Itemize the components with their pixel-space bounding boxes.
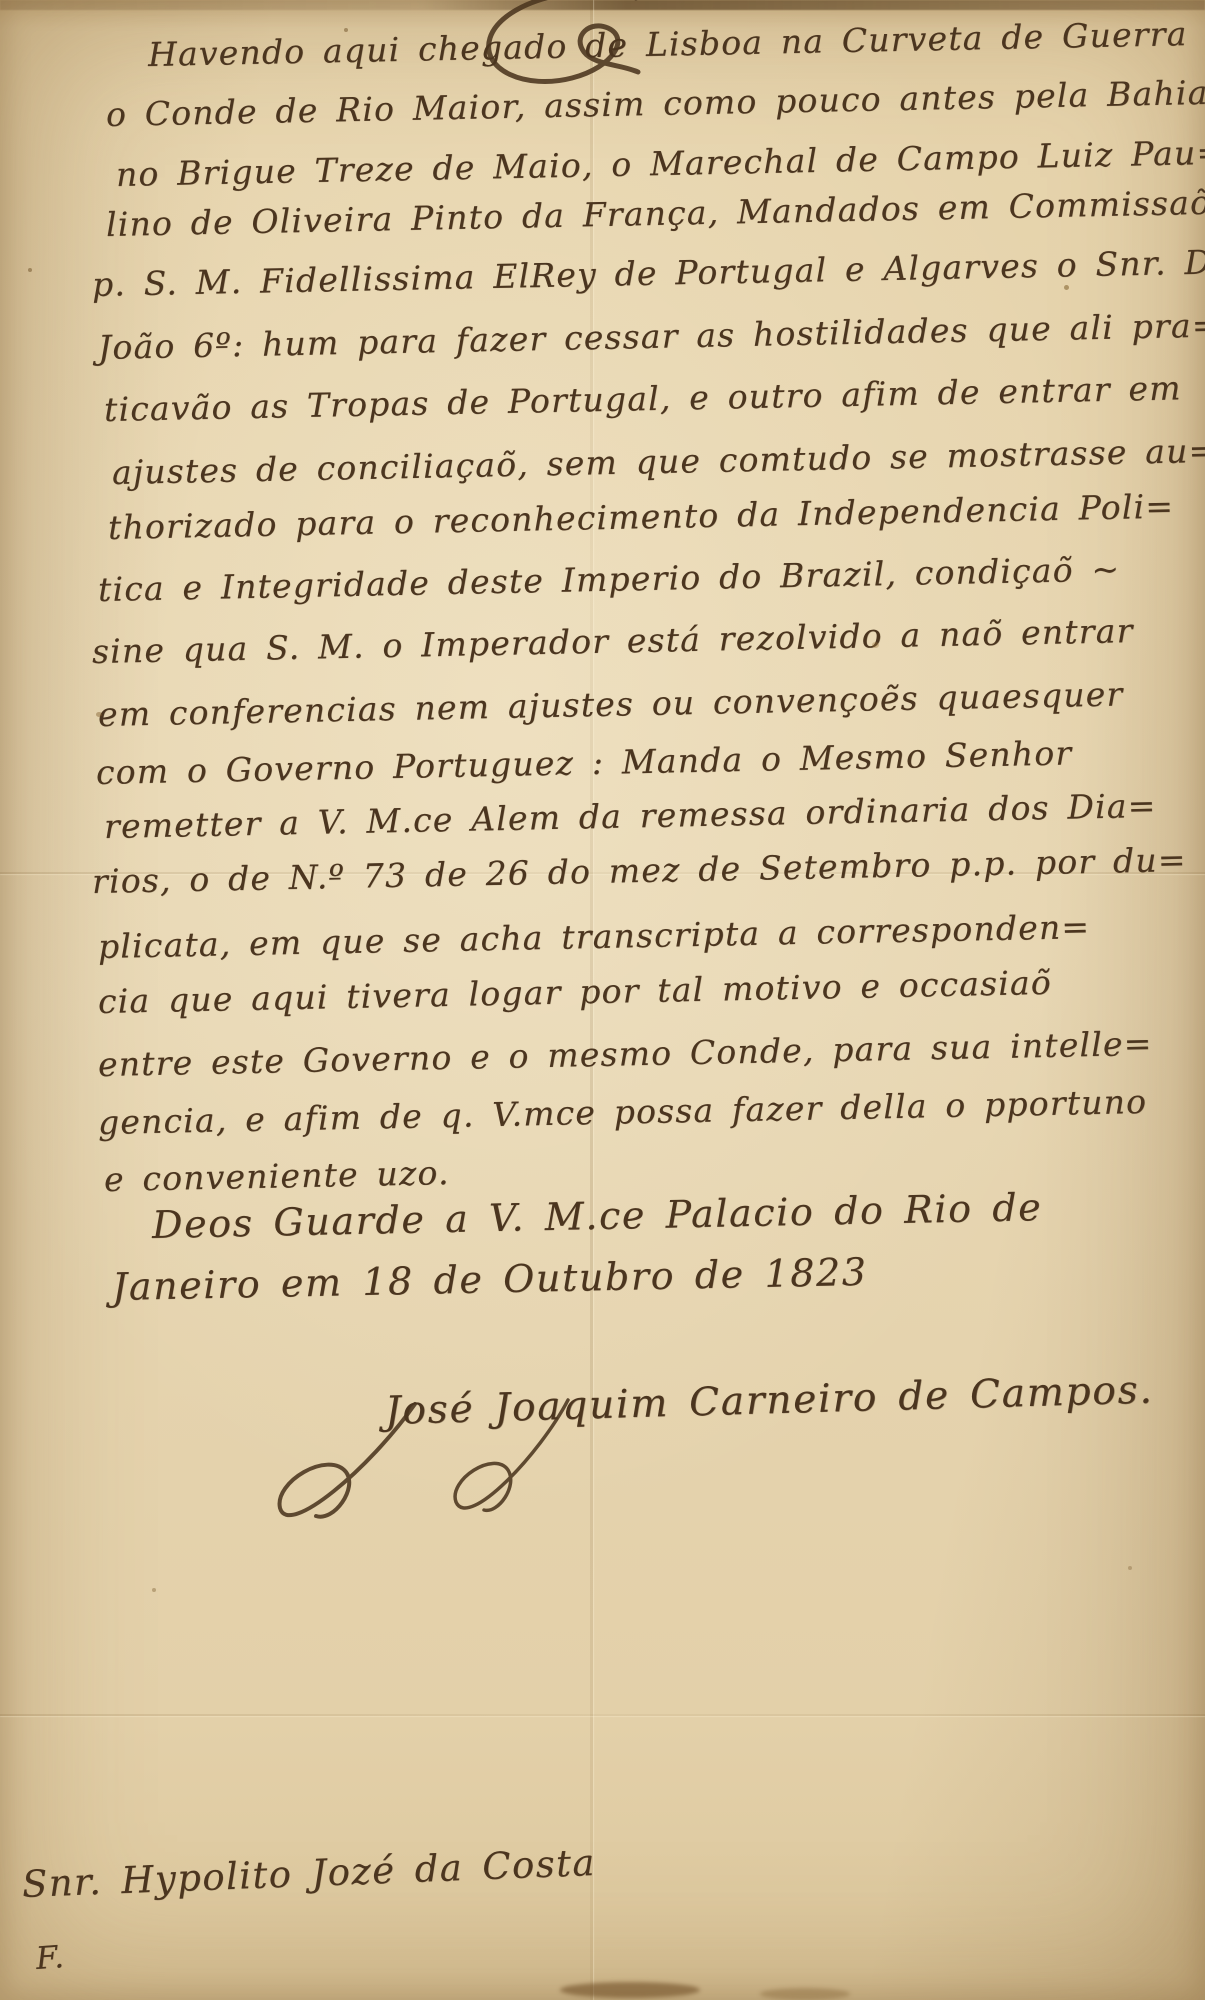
paper-top-edge [0, 0, 1205, 10]
manuscript-line: João 6º: hum para fazer cessar as hostil… [98, 308, 1205, 364]
manuscript-line: gencia, e afim de q. V.mce possa fazer d… [98, 1085, 1148, 1139]
manuscript-line: com o Governo Portuguez : Manda o Mesmo … [96, 736, 1073, 789]
manuscript-line: remetter a V. M.ce Alem da remessa ordin… [104, 789, 1157, 843]
manuscript-line: ticavão as Tropas de Portugal, e outro a… [104, 371, 1182, 426]
manuscript-line: rios, o de N.º 73 de 26 do mez de Setemb… [92, 843, 1187, 898]
fold-crease-horizontal [0, 1714, 1205, 1716]
paper-stain-bottom [560, 1982, 700, 1998]
manuscript-line: cia que aqui tivera logar por tal motivo… [98, 966, 1053, 1018]
manuscript-line: no Brigue Treze de Maio, o Marechal de C… [116, 136, 1205, 191]
manuscript-line: lino de Oliveira Pinto da França, Mandad… [106, 186, 1205, 241]
closing-line: Deos Guarde a V. M.ce Palacio do Rio de [152, 1188, 1043, 1244]
manuscript-line: p. S. M. Fidellissima ElRey de Portugal … [92, 245, 1205, 301]
paper-stain [1128, 1566, 1132, 1570]
manuscript-line: Havendo aqui chegado de Lisboa na Curvet… [148, 13, 1205, 71]
manuscript-line: entre este Governo e o mesmo Conde, para… [98, 1027, 1153, 1081]
manuscript-page: Havendo aqui chegado de Lisboa na Curvet… [0, 0, 1205, 2000]
manuscript-line: e conveniente uzo. [104, 1156, 450, 1196]
manuscript-line: plicata, em que se acha transcripta a co… [98, 910, 1091, 963]
manuscript-line: tica e Integridade deste Imperio do Braz… [98, 552, 1121, 606]
paper-stain [152, 1588, 156, 1592]
manuscript-line: sine qua S. M. o Imperador está rezolvid… [92, 614, 1134, 668]
manuscript-line: ajustes de conciliaçaõ, sem que comtudo … [112, 434, 1205, 489]
signature: José Joaquim Carneiro de Campos. [384, 1371, 1154, 1431]
paper-stain [28, 268, 32, 272]
closing-line: Janeiro em 18 de Outubro de 1823 [112, 1253, 868, 1306]
paper-stain-bottom [760, 1988, 850, 2000]
manuscript-line: thorizado para o reconhecimento da Indep… [108, 490, 1175, 544]
paper-stain [1064, 285, 1069, 290]
manuscript-line: o Conde de Rio Maior, assim como pouco a… [106, 76, 1205, 131]
addressee-mark: F. [35, 1942, 66, 1975]
addressee-line: Snr. Hypolito Jozé da Costa [21, 1844, 596, 1903]
manuscript-line: em conferencias nem ajustes ou convençoẽ… [98, 677, 1124, 731]
